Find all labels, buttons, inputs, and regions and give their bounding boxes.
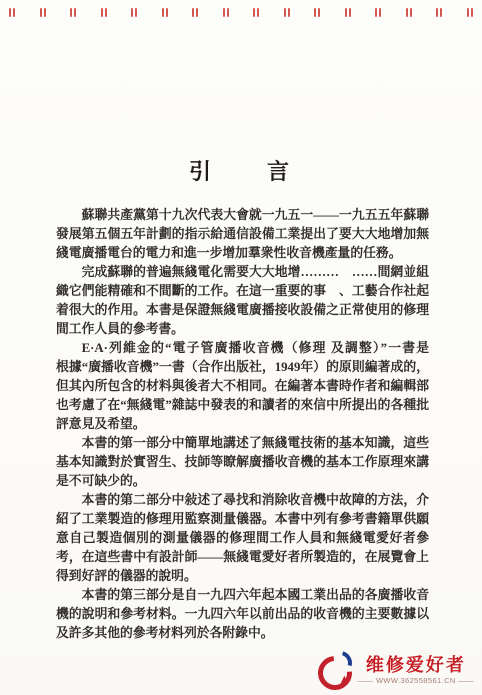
watermark-mark	[192, 8, 198, 17]
text-line: 完成蘇聯的普遍無綫電化需要大大地增……… ……間網並組	[56, 263, 429, 282]
text-line: 發展第五個五年計劃的指示給通信設備工業提出了要大大地增加無	[56, 225, 429, 244]
watermark-mark	[70, 8, 76, 17]
text-line: 本書的第二部分中敍述了尋找和消除收音機中故障的方法，介	[56, 491, 429, 510]
text-line: 綫電廣播電台的電力和進一步增加羣衆性收音機產量的任務。	[56, 244, 429, 263]
watermark-mark	[467, 8, 473, 17]
text-line: 是不可缺少的。	[56, 472, 429, 491]
text-line: 基本知識對於實習生、技師等瞭解廣播收音機的基本工作原理來講	[56, 453, 429, 472]
text-line: 意自己製造個別的測量儀器的修理間工作人員和無綫電愛好者參	[56, 529, 429, 548]
text-line: 及許多其他的參考材料列於各附錄中。	[56, 624, 429, 643]
watermark-mark	[40, 8, 46, 17]
logo-text-block: 维修爱好者 —— WWW.362558561.CN ——	[358, 656, 474, 685]
watermark-mark	[162, 8, 168, 17]
watermark-mark	[314, 8, 320, 17]
watermark-mark	[101, 8, 107, 17]
watermark-mark	[253, 8, 259, 17]
watermark-mark	[131, 8, 137, 17]
watermark-mark	[284, 8, 290, 17]
text-line: 評意見及希望。	[56, 415, 429, 434]
text-line: 織它們能精確和不間斷的工作。在這一重要的事 、工藝合作社起	[56, 282, 429, 301]
text-line: E·A·列維金的“電子管廣播收音機（修理 及調整）”一書是	[56, 339, 429, 358]
text-line: 但其內所包含的材料與後者大不相同。在編著本書時作者和編輯部	[56, 377, 429, 396]
scanned-book-page: 引 言 蘇聯共產黨第十九次代表大會就一九五一——一九五五年蘇聯發展第五個五年計劃…	[0, 0, 482, 695]
text-line: 蘇聯共產黨第十九次代表大會就一九五一——一九五五年蘇聯	[56, 206, 429, 225]
text-line: 着很大的作用。本書是保證無綫電廣播接收設備之正常使用的修理	[56, 301, 429, 320]
site-logo: 维修爱好者 —— WWW.362558561.CN ——	[317, 651, 474, 689]
watermark-strip	[9, 7, 473, 17]
logo-name-text: 维修爱好者	[366, 656, 466, 674]
text-line: 本書的第三部分是自一九四六年起本國工業出品的各廣播收音	[56, 586, 429, 605]
watermark-mark	[436, 8, 442, 17]
text-line: 根據“廣播收音機”一書（合作出版社，1949年）的原則編著成的，	[56, 358, 429, 377]
text-line: 也考慮了在“無綫電”雜誌中發表的和讀者的來信中所提出的各種批	[56, 396, 429, 415]
page-title: 引 言	[0, 160, 482, 184]
watermark-mark	[223, 8, 229, 17]
text-line: 本書的第一部分中簡單地講述了無綫電技術的基本知識，這些	[56, 434, 429, 453]
text-line: 紹了工業製造的修理用監察測量儀器。本書中列有參考書籍單供願	[56, 510, 429, 529]
text-line: 考，在這些書中有設計師——無綫電愛好者所製造的，在展覽會上	[56, 548, 429, 567]
body-text: 蘇聯共產黨第十九次代表大會就一九五一——一九五五年蘇聯發展第五個五年計劃的指示給…	[56, 206, 429, 643]
watermark-mark	[9, 8, 15, 17]
watermark-mark	[375, 8, 381, 17]
text-line: 得到好評的儀器的說明。	[56, 567, 429, 586]
repair-swirl-icon	[317, 651, 353, 689]
watermark-mark	[406, 8, 412, 17]
text-line: 機的說明和參考材料。一九四六年以前出品的收音機的主要數據以	[56, 605, 429, 624]
watermark-mark	[345, 8, 351, 17]
logo-url-text: —— WWW.362558561.CN ——	[358, 677, 474, 685]
text-line: 間工作人員的參考書。	[56, 320, 429, 339]
